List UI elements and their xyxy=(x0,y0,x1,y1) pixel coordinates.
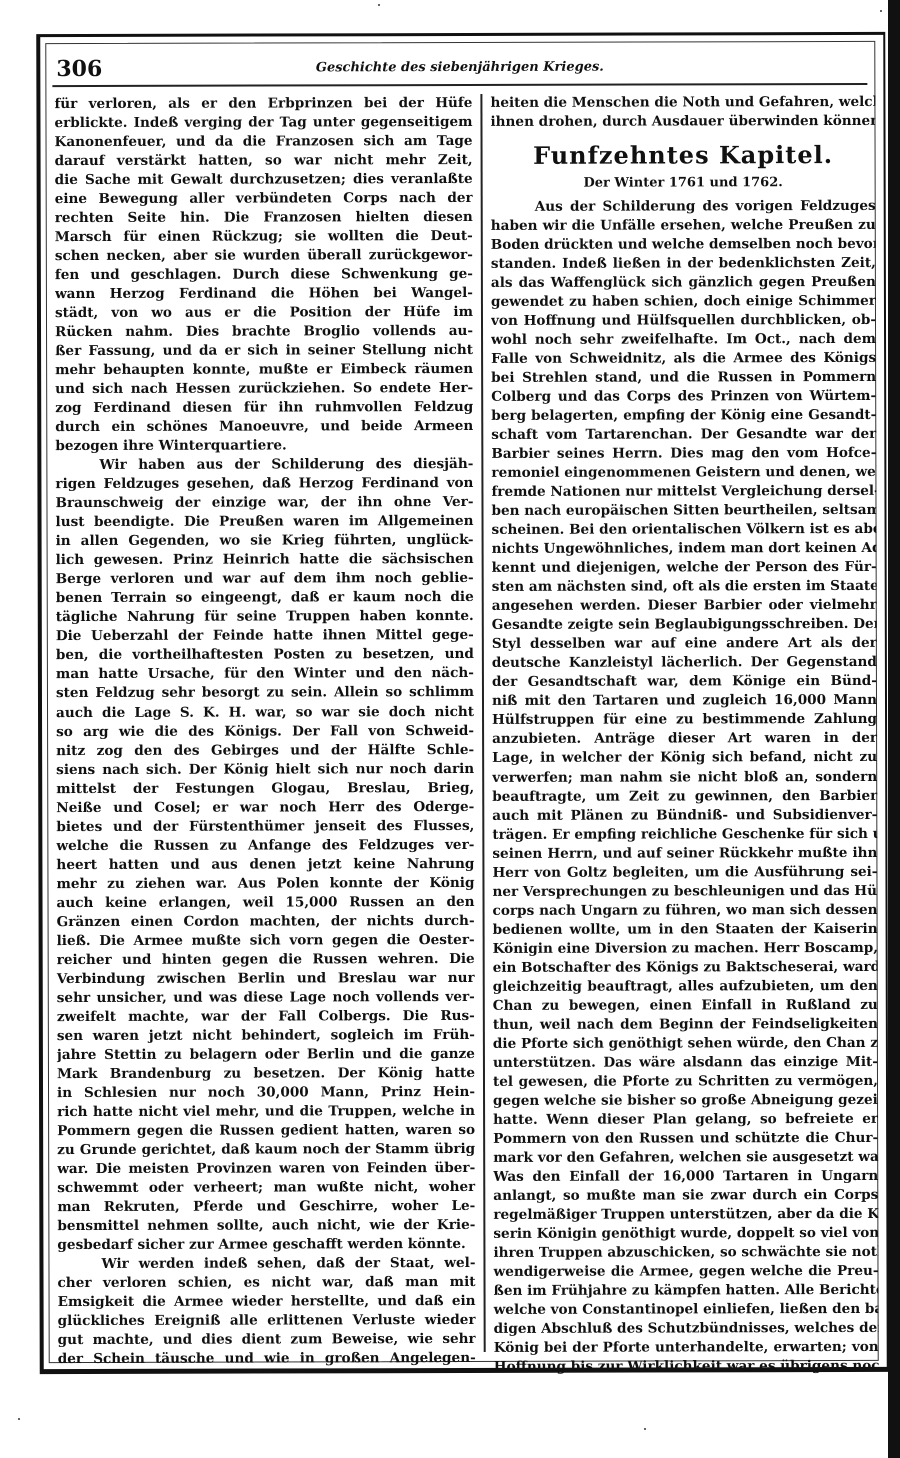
text-line: kennt und diejenigen, welche der Person … xyxy=(492,558,877,578)
text-line: war. Die meisten Provinzen waren von Fei… xyxy=(57,1159,475,1179)
scan-speck xyxy=(378,4,380,6)
text-line: ein Botschafter des Königs zu Baktschese… xyxy=(493,958,878,978)
text-line: zweifelt machte, war der Fall Colbergs. … xyxy=(57,1007,475,1027)
text-line: heert hatten und aus denen jetzt keine N… xyxy=(56,855,474,875)
text-line: von Hoffnung und Hülfsquellen durchblick… xyxy=(491,311,876,331)
text-line: die Sache mit Gewalt durchzusetzen; dies… xyxy=(55,170,473,190)
text-line: Gränzen einen Cordon machten, der nichts… xyxy=(57,912,475,932)
running-title: Geschichte des siebenjährigen Krieges. xyxy=(52,59,867,76)
chapter-title: Funfzehntes Kapitel. xyxy=(491,137,876,174)
text-line: in allen Gegenden, wo sie Krieg führten,… xyxy=(56,531,474,551)
text-line: seinen Herrn, und auf seiner Rückkehr mu… xyxy=(492,843,877,863)
text-line: darauf verstärkt hatten, so war nicht me… xyxy=(55,151,473,171)
text-line: cher verloren schien, es nicht war, daß … xyxy=(57,1273,475,1293)
text-line: in Schlesien nur noch 30,000 Mann, Prinz… xyxy=(57,1083,475,1103)
text-line: gegen welche sie bisher so große Abneigu… xyxy=(493,1091,878,1111)
text-line: Styl desselben war auf eine andere Art a… xyxy=(492,634,877,654)
text-line: wann Herzog Ferdinand die Höhen bei Wang… xyxy=(55,284,473,304)
scan-speck xyxy=(880,10,882,12)
text-line: Pommern gegen die Russen gedient hatten,… xyxy=(57,1121,475,1141)
text-line: anlangt, so mußte man sie zwar durch ein… xyxy=(493,1186,878,1206)
text-line: Mark Brandenburg zu besetzen. Der König … xyxy=(57,1064,475,1084)
text-line: schen necken, aber sie wurden überall zu… xyxy=(55,246,473,266)
text-line: bei Strehlen stand, und die Russen in Po… xyxy=(491,368,876,388)
text-line: rechten Seite hin. Die Franzosen hielten… xyxy=(55,208,473,228)
text-line: heiten die Menschen die Noth und Gefahre… xyxy=(490,93,875,113)
text-line: so arg wie die des Königs. Der Fall von … xyxy=(56,721,474,741)
text-line: auch mit Plänen zu Bündniß- und Subsidie… xyxy=(492,805,877,825)
text-line: Was den Einfall der 16,000 Tartaren in U… xyxy=(493,1167,878,1187)
text-line: als das Waffenglück sich gänzlich gegen … xyxy=(491,273,876,293)
text-line: Falle von Schweidnitz, als die Armee des… xyxy=(491,349,876,369)
text-line: lust beendigte. Die Preußen waren im All… xyxy=(56,512,474,532)
text-line: corps nach Ungarn zu führen, wo man sich… xyxy=(493,901,878,921)
text-line: nitz zog den des Gebirges und der Hälfte… xyxy=(56,741,474,761)
text-line: durch ein schönes Manoeuvre, und beide A… xyxy=(55,417,473,437)
text-line: unterstützen. Das wäre alsdann das einzi… xyxy=(493,1053,878,1073)
text-line: Emsigkeit die Armee wieder herstellte, u… xyxy=(58,1292,476,1312)
text-line: beauftragte, um Zeit zu gewinnen, den Ba… xyxy=(492,786,877,806)
text-line: welche von Constantinopel einliefen, lie… xyxy=(494,1300,879,1320)
text-line: sen waren jetzt nicht behindert, sogleic… xyxy=(57,1026,475,1046)
text-line: deutsche Kanzleistyl lächerlich. Der Geg… xyxy=(492,653,877,673)
text-line: ihren Truppen abzuschicken, so schwächte… xyxy=(493,1243,878,1263)
text-line: thun, weil nach dem Beginn der Feindseli… xyxy=(493,1015,878,1035)
text-line: Hoffnung bis zur Wirklichkeit war es übr… xyxy=(494,1357,879,1377)
text-line: gleichzeitig beauftragt, alles aufzubiet… xyxy=(493,977,878,997)
text-line: fen und geschlagen. Durch diese Schwenku… xyxy=(55,265,473,285)
text-line: Berge verloren und war auf dem ihm noch … xyxy=(56,569,474,589)
text-line: schwemmt oder verheert; man wußte nicht,… xyxy=(57,1178,475,1198)
text-line: König bei der Pforte unterhandelte, erwa… xyxy=(494,1338,879,1358)
text-line: siens nach sich. Der König hielt sich nu… xyxy=(56,760,474,780)
text-line: mark vor den Gefahren, welchen sie ausge… xyxy=(493,1148,878,1168)
text-line: anzubieten. Anträge dieser Art waren in … xyxy=(492,729,877,749)
text-line: verwerfen; man nahm sie nicht bloß an, s… xyxy=(492,767,877,787)
text-line: auch die Lage S. K. H. war, so war sie d… xyxy=(56,702,474,722)
text-line: Verbindung zwischen Berlin und Breslau w… xyxy=(57,969,475,989)
text-line: Barbier seines Herrn. Dies mag den vom H… xyxy=(491,444,876,464)
text-line: gewendet zu haben schien, doch einige Sc… xyxy=(491,292,876,312)
text-line: Lage, in welcher der König sich befand, … xyxy=(492,748,877,768)
right-column: heiten die Menschen die Noth und Gefahre… xyxy=(490,93,878,1362)
text-line: mittelst der Festungen Glogau, Breslau, … xyxy=(56,779,474,799)
text-line: sten Feldzug sehr besorgt zu sein. Allei… xyxy=(56,683,474,703)
text-line: bezogen ihre Winterquartiere. xyxy=(55,436,473,456)
text-line: ner Versprechungen zu beschleunigen und … xyxy=(492,882,877,902)
text-line: Gesandte zeigte sein Beglaubigungsschrei… xyxy=(492,615,877,635)
text-line: fremde Nationen nur mittelst Vergleichun… xyxy=(491,482,876,502)
text-line: der Gesandtschaft war, dem Könige ein Bü… xyxy=(492,672,877,692)
text-line: tel gewesen, die Pforte zu Schritten zu … xyxy=(493,1072,878,1092)
text-line: man hatte Ursache, für den Winter und de… xyxy=(56,664,474,684)
text-line: Aus der Schilderung des vorigen Feldzuge… xyxy=(491,197,876,217)
column-divider xyxy=(480,94,485,1352)
text-line: angesehen werden. Dieser Barbier oder vi… xyxy=(492,596,877,616)
text-line: lich gewesen. Prinz Heinrich hatte die s… xyxy=(56,550,474,570)
text-line: auch keine erlangen, weil 15,000 Russen … xyxy=(56,893,474,913)
text-line: und sich nach Hessen zurückziehen. So en… xyxy=(55,379,473,399)
text-line: rich hatte nicht viel mehr, und die Trup… xyxy=(57,1102,475,1122)
text-line: schaft vom Tartarenchan. Der Gesandte wa… xyxy=(491,425,876,445)
text-line: mehr behaupten konnte, mußte er Eimbeck … xyxy=(55,360,473,380)
text-line: Wir haben aus der Schilderung des diesjä… xyxy=(55,455,473,475)
text-line: digen Abschluß des Schutzbündnisses, wel… xyxy=(494,1319,879,1339)
text-line: wendigerweise die Armee, gegen welche di… xyxy=(493,1262,878,1282)
text-line: remoniel eingenommenen Geistern und dene… xyxy=(491,463,876,483)
text-line: wohl noch sehr zweifelhafte. Im Oct., na… xyxy=(491,330,876,350)
text-line: nichts Ungewöhnliches, indem man dort ke… xyxy=(492,539,877,559)
text-line: sehr unsicher, und was diese Lage noch v… xyxy=(57,988,475,1008)
text-columns: für verloren, als er den Erbprinzen bei … xyxy=(54,93,872,1363)
text-line: Marsch für einen Rückzug; sie wollten di… xyxy=(55,227,473,247)
text-line: zog Ferdinand diesen für ihn ruhmvollen … xyxy=(55,398,473,418)
text-line: rigen Feldzuges gesehen, daß Herzog Ferd… xyxy=(55,474,473,494)
text-line: bietes und der Fürstenthümer jenseit des… xyxy=(56,817,474,837)
text-line: Die Ueberzahl der Feinde hatte ihnen Mit… xyxy=(56,626,474,646)
text-line: der Schein täusche und wie in großen Ang… xyxy=(58,1349,476,1369)
text-line: trägen. Er empfing reichliche Geschenke … xyxy=(492,824,877,844)
text-line: bedienen wollte, um in den Staaten der K… xyxy=(493,920,878,940)
text-line: man Rekruten, Pferde und Geschirre, wohe… xyxy=(57,1197,475,1217)
scan-speck xyxy=(644,1428,646,1430)
text-line: ßer Fassung, und da er sich in seiner St… xyxy=(55,341,473,361)
text-line: eine Bewegung aller verbündeten Corps na… xyxy=(55,189,473,209)
text-line: ihnen drohen, durch Ausdauer überwinden … xyxy=(490,112,875,132)
page-header: 306 Geschichte des siebenjährigen Kriege… xyxy=(52,49,867,87)
text-line: mehr zu ziehen war. Aus Polen konnte der… xyxy=(56,874,474,894)
text-line: Kanonenfeuer, und da die Franzosen sich … xyxy=(55,132,473,152)
text-line: ben, die vortheilhaftesten Posten zu bes… xyxy=(56,645,474,665)
left-column: für verloren, als er den Erbprinzen bei … xyxy=(54,94,475,1363)
text-line: reicher und hinten gegen die Russen wehr… xyxy=(57,950,475,970)
text-line: benen Terrain so eingeengt, daß er kaum … xyxy=(56,588,474,608)
text-line: Boden drückten und welche demselben noch… xyxy=(491,235,876,255)
text-line: berg belagerten, empfing der König eine … xyxy=(491,406,876,426)
text-line: Neiße und Cosel; er war noch Herr des Od… xyxy=(56,798,474,818)
text-line: Hülfstruppen für eine zu bestimmende Zah… xyxy=(492,710,877,730)
text-line: für verloren, als er den Erbprinzen bei … xyxy=(54,94,472,114)
text-line: gesbedarf sicher zur Armee geschafft wer… xyxy=(57,1235,475,1255)
text-line: Chan zu bewegen, einen Einfall in Rußlan… xyxy=(493,996,878,1016)
chapter-subtitle: Der Winter 1761 und 1762. xyxy=(491,173,876,194)
text-line: Wir werden indeß sehen, daß der Staat, w… xyxy=(57,1254,475,1274)
text-line: gut machte, und dies dient zum Beweise, … xyxy=(58,1330,476,1350)
text-line: Pommern von den Russen und schützte die … xyxy=(493,1129,878,1149)
text-line: erblickte. Indeß verging der Tag unter g… xyxy=(54,113,472,133)
text-line: serin Königin genöthigt wurde, doppelt s… xyxy=(493,1224,878,1244)
text-line: bensmittel nehmen sollte, auch nicht, wi… xyxy=(57,1216,475,1236)
text-line: zu Grunde gerichtet, daß kaum noch der S… xyxy=(57,1140,475,1160)
text-line: städt, von wo aus er die Position der Hü… xyxy=(55,303,473,323)
text-line: haben wir die Unfälle ersehen, welche Pr… xyxy=(491,216,876,236)
text-line: die Pforte sich genöthigt sehen würde, d… xyxy=(493,1034,878,1054)
scan-speck xyxy=(18,1418,20,1420)
text-line: welche die Russen zu Anfange des Feldzug… xyxy=(56,836,474,856)
text-line: jahre Stettin zu belagern oder Berlin un… xyxy=(57,1045,475,1065)
text-line: ließ. Die Armee mußte sich vorn gegen di… xyxy=(57,931,475,951)
text-line: standen. Indeß ließen in der bedenklichs… xyxy=(491,254,876,274)
text-line: Colberg und das Corps des Prinzen von Wü… xyxy=(491,387,876,407)
text-line: regelmäßiger Truppen unterstützen, aber … xyxy=(493,1205,878,1225)
text-line: ßen im Frühjahre zu kämpfen hatten. Alle… xyxy=(494,1281,879,1301)
text-line: glückliches Ereigniß alle erlittenen Ver… xyxy=(58,1311,476,1331)
text-line: Herr von Goltz begleiten, um die Ausführ… xyxy=(492,862,877,882)
text-line: Braunschweig der einzige war, der ihn oh… xyxy=(55,493,473,513)
text-line: scheinen. Bei den orientalischen Völkern… xyxy=(492,520,877,540)
text-line: niß mit den Tartaren und zugleich 16,000… xyxy=(492,691,877,711)
text-line: sten am nächsten sind, oft als die erste… xyxy=(492,577,877,597)
text-line: hatte. Wenn dieser Plan gelang, so befre… xyxy=(493,1110,878,1130)
text-line: ben nach europäischen Sitten beurtheilen… xyxy=(491,501,876,521)
text-line: Rücken nahm. Dies brachte Broglio vollen… xyxy=(55,322,473,342)
page-border: 306 Geschichte des siebenjährigen Kriege… xyxy=(36,32,889,1374)
scan-edge-shadow xyxy=(888,0,900,1458)
text-line: Königin eine Diversion zu machen. Herr B… xyxy=(493,939,878,959)
text-line: tägliche Nahrung für seine Truppen haben… xyxy=(56,607,474,627)
